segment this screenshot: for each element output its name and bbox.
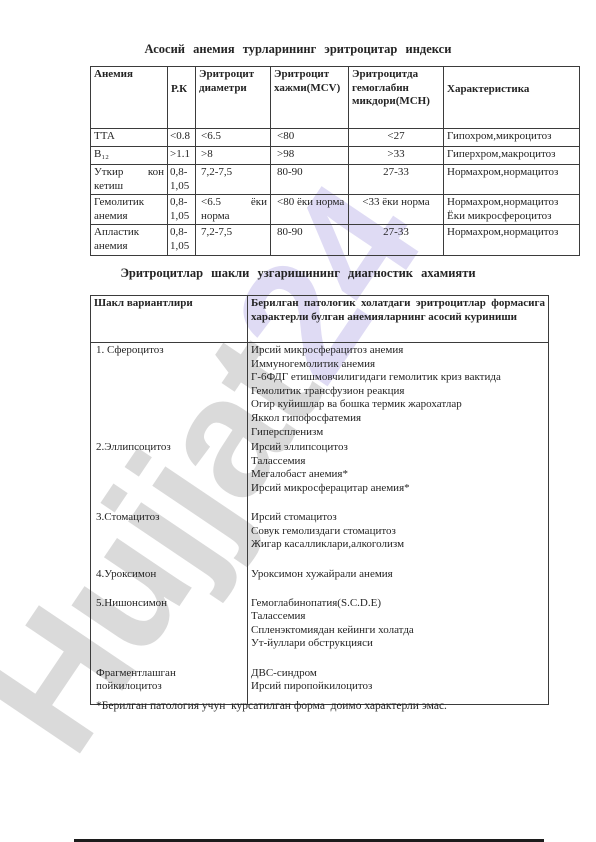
table-row: 1. Сфероцитоз Ирсий микросферацитоз анем… [91, 343, 549, 441]
cell-anemia: ТТА [91, 129, 168, 147]
condition-line: Ирсий стомацитоз [251, 511, 545, 525]
col-header-characteristic: Характеристика [444, 67, 580, 129]
cell-diameter: 7,2-7,5 [196, 165, 271, 195]
table1-header-row: Анемия Р.К Эритроцит диаметри Эритроцит … [91, 67, 580, 129]
condition-line: Яккол гипофосфатемия [251, 412, 545, 426]
cell-mcv: <80 ёки норма [271, 195, 349, 225]
shape-diagnostics-table: Шакл вариантлири Берилган патологик хола… [90, 295, 549, 705]
cell-mch: 27-33 [349, 225, 444, 255]
cell-conditions: Ирсий микросферацитоз анемия Иммуногемол… [248, 343, 549, 441]
condition-line: Спленэктомиядан кейинги холатда [251, 624, 545, 638]
condition-line: Ирсий микросферацитар анемия* [251, 482, 545, 496]
table2-header-row: Шакл вариантлири Берилган патологик хола… [91, 296, 549, 343]
condition-line: Ирсий эллипсоцитоз [251, 441, 545, 455]
col-header-description: Берилган патологик холатдаги эритроцитла… [248, 296, 549, 343]
variant-label: 4.Уроксимон [94, 568, 244, 582]
cell-variant: 3.Стомацитоз [91, 510, 248, 566]
cell-characteristic: Гипохром,микроцитоз [444, 129, 580, 147]
table-row: Апластик анемия 0,8-1,05 7,2-7,5 80-90 2… [91, 225, 580, 255]
cell-conditions: ДВС-синдром Ирсий пиропойкилоцитоз [248, 666, 549, 705]
cell-rk: >1.1 [168, 147, 196, 165]
condition-line: Огир куйишлар ва бошка термик жарохатлар [251, 398, 545, 412]
table-row: ТТА <0.8 <6.5 <80 <27 Гипохром,микроцито… [91, 129, 580, 147]
table-row: 5.Нишонсимон Гемоглабинопатия(S.C.D.E) Т… [91, 596, 549, 666]
condition-line: Гиперспленизм [251, 426, 545, 440]
cell-mch: >33 [349, 147, 444, 165]
cell-anemia: Уткир кон кетиш [91, 165, 168, 195]
cell-rk: 0,8-1,05 [168, 195, 196, 225]
condition-line [251, 496, 545, 510]
table-row: Гемолитик анемия 0,8-1,05 <6.5 ёки норма… [91, 195, 580, 225]
condition-line: Ирсий пиропойкилоцитоз [251, 680, 545, 694]
cell-mcv: 80-90 [271, 165, 349, 195]
condition-line: ДВС-синдром [251, 667, 545, 681]
anemia-index-table: Анемия Р.К Эритроцит диаметри Эритроцит … [90, 66, 580, 256]
condition-line: Ут-йуллари обструкцияси [251, 637, 545, 651]
condition-line [251, 651, 545, 665]
cell-variant: 2.Эллипсоцитоз [91, 440, 248, 510]
cell-characteristic: Нормахром,нормацитоз [444, 225, 580, 255]
condition-line: Ирсий микросферацитоз анемия [251, 344, 545, 358]
condition-line: Совук гемолиздаги стомацитоз [251, 525, 545, 539]
cell-anemia: Апластик анемия [91, 225, 168, 255]
cell-diameter: >8 [196, 147, 271, 165]
variant-label: 1. Сфероцитоз [94, 344, 244, 358]
variant-label: 5.Нишонсимон [94, 597, 244, 611]
condition-line: Уроксимон хужайрали анемия [251, 568, 545, 582]
cell-mch: 27-33 [349, 165, 444, 195]
cell-variant: Фрагментлашган пойкилоцитоз [91, 666, 248, 705]
table-row: В₁₂ >1.1 >8 >98 >33 Гиперхром,макроцитоз [91, 147, 580, 165]
cell-conditions: Гемоглабинопатия(S.C.D.E) Талассемия Спл… [248, 596, 549, 666]
cell-characteristic: Нормахром,нормацитоз [444, 165, 580, 195]
table-row: 2.Эллипсоцитоз Ирсий эллипсоцитоз Таласс… [91, 440, 549, 510]
table-row: 3.Стомацитоз Ирсий стомацитоз Совук гемо… [91, 510, 549, 566]
cell-variant: 5.Нишонсимон [91, 596, 248, 666]
condition-line [251, 581, 545, 595]
condition-line: Гемолитик трансфузион реакция [251, 385, 545, 399]
col-header-mch: Эритроцитда гемоглабин микдори(МСН) [349, 67, 444, 129]
table-row: 4.Уроксимон Уроксимон хужайрали анемия [91, 567, 549, 596]
condition-line: Гемоглабинопатия(S.C.D.E) [251, 597, 545, 611]
variant-label: 2.Эллипсоцитоз [94, 441, 244, 455]
table-row: Фрагментлашган пойкилоцитоз ДВС-синдром … [91, 666, 549, 705]
cell-mcv: <80 [271, 129, 349, 147]
col-header-rk: Р.К [168, 67, 196, 129]
cell-mch: <33 ёки норма [349, 195, 444, 225]
col-header-mcv: Эритроцит хажми(MCV) [271, 67, 349, 129]
cell-diameter: 7,2-7,5 [196, 225, 271, 255]
col-header-variant: Шакл вариантлири [91, 296, 248, 343]
cell-anemia: В₁₂ [91, 147, 168, 165]
col-header-anemia: Анемия [91, 67, 168, 129]
table-row: Уткир кон кетиш 0,8-1,05 7,2-7,5 80-90 2… [91, 165, 580, 195]
condition-line: Талассемия [251, 610, 545, 624]
cell-diameter: <6.5 [196, 129, 271, 147]
cell-rk: <0.8 [168, 129, 196, 147]
cell-mch: <27 [349, 129, 444, 147]
cell-variant: 1. Сфероцитоз [91, 343, 248, 441]
cell-conditions: Уроксимон хужайрали анемия [248, 567, 549, 596]
cell-rk: 0,8-1,05 [168, 225, 196, 255]
table1-title: Асосий анемия турларининг эритроцитар ин… [0, 42, 596, 57]
col-header-diameter: Эритроцит диаметри [196, 67, 271, 129]
condition-line: Иммуногемолитик анемия [251, 358, 545, 372]
cell-characteristic: Нормахром,нормацитоз Ёки микросфероцитоз [444, 195, 580, 225]
cell-anemia: Гемолитик анемия [91, 195, 168, 225]
cell-rk: 0,8-1,05 [168, 165, 196, 195]
cell-mcv: >98 [271, 147, 349, 165]
cell-variant: 4.Уроксимон [91, 567, 248, 596]
condition-line: Г-6ФДГ етишмовчилигидаги гемолитик криз … [251, 371, 545, 385]
cell-conditions: Ирсий эллипсоцитоз Талассемия Мегалобаст… [248, 440, 549, 510]
condition-line [251, 552, 545, 566]
variant-label: 3.Стомацитоз [94, 511, 244, 525]
cell-mcv: 80-90 [271, 225, 349, 255]
condition-line: Жигар касалликлари,алкоголизм [251, 538, 545, 552]
cell-conditions: Ирсий стомацитоз Совук гемолиздаги стома… [248, 510, 549, 566]
table2-title: Эритроцитлар шакли узгаришининг диагност… [0, 266, 596, 281]
cell-diameter: <6.5 ёки норма [196, 195, 271, 225]
condition-line: Мегалобаст анемия* [251, 468, 545, 482]
cell-characteristic: Гиперхром,макроцитоз [444, 147, 580, 165]
footnote: *Берилган патология учун курсатилган фор… [96, 700, 447, 712]
variant-label: Фрагментлашган пойкилоцитоз [94, 667, 244, 694]
condition-line: Талассемия [251, 455, 545, 469]
